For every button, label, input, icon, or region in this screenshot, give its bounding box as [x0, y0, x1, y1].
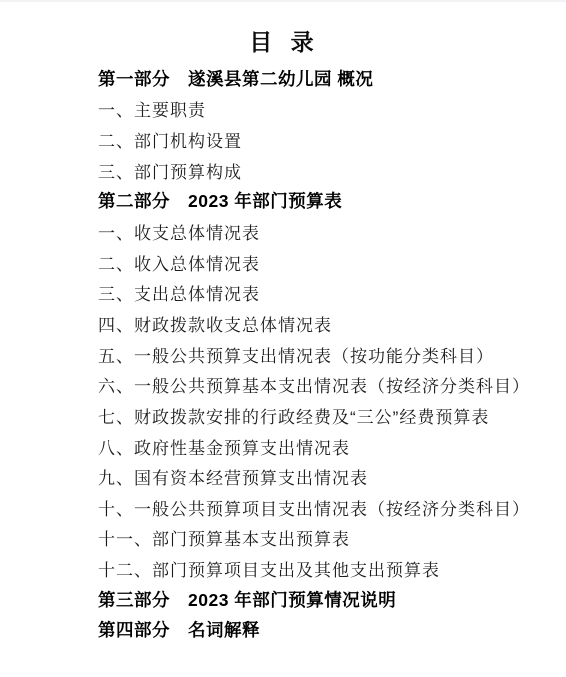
toc-section-heading: 第四部分 名词解释	[98, 615, 548, 646]
toc-item: 六、一般公共预算基本支出情况表（按经济分类科目）	[98, 369, 548, 400]
toc-section-heading: 第三部分 2023 年部门预算情况说明	[98, 584, 548, 615]
toc-section-heading: 第一部分 遂溪县第二幼儿园 概况	[98, 63, 548, 94]
toc-item: 九、国有资本经营预算支出情况表	[98, 461, 548, 492]
toc-item: 四、财政拨款收支总体情况表	[98, 308, 548, 339]
toc-item: 三、部门预算构成	[98, 155, 548, 186]
toc-item: 二、收入总体情况表	[98, 247, 548, 278]
toc-item: 二、部门机构设置	[98, 124, 548, 155]
toc-item: 五、一般公共预算支出情况表（按功能分类科目）	[98, 339, 548, 370]
toc-item: 三、支出总体情况表	[98, 277, 548, 308]
page-top-edge	[0, 0, 566, 2]
document-page: 目 录 第一部分 遂溪县第二幼儿园 概况 一、主要职责 二、部门机构设置 三、部…	[0, 0, 566, 677]
toc-item: 一、主要职责	[98, 94, 548, 125]
toc-item: 一、收支总体情况表	[98, 216, 548, 247]
toc-item: 七、财政拨款安排的行政经费及“三公”经费预算表	[98, 400, 548, 431]
toc-item: 十二、部门预算项目支出及其他支出预算表	[98, 553, 548, 584]
toc-item: 十、一般公共预算项目支出情况表（按经济分类科目）	[98, 492, 548, 523]
toc-item: 八、政府性基金预算支出情况表	[98, 431, 548, 462]
toc-item: 十一、部门预算基本支出预算表	[98, 523, 548, 554]
toc-section-heading: 第二部分 2023 年部门预算表	[98, 186, 548, 217]
page-title: 目 录	[0, 29, 566, 55]
table-of-contents: 第一部分 遂溪县第二幼儿园 概况 一、主要职责 二、部门机构设置 三、部门预算构…	[98, 63, 548, 645]
